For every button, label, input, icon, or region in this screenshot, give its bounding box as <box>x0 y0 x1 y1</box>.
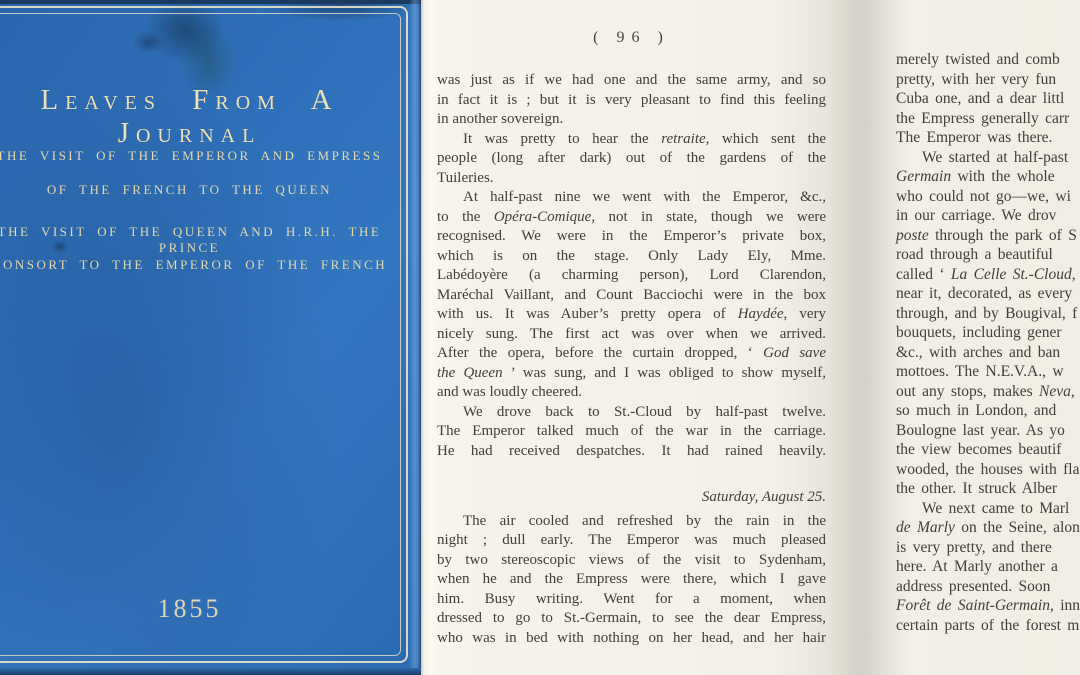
book-cover: Leaves From A Journal THE VISIT OF THE E… <box>0 0 421 675</box>
text-line: in another sovereign. <box>437 110 826 130</box>
page-number: ( 96 ) <box>437 28 826 47</box>
text-line: address presented. Soon <box>896 577 1080 597</box>
cover-text-block: Leaves From A Journal THE VISIT OF THE E… <box>0 0 409 675</box>
text-line: the Empress generally carr <box>896 109 1080 129</box>
text-line: the Queen ’ was sung, and I was obliged … <box>437 364 826 384</box>
text-line: Saturday, August 25. <box>437 488 826 508</box>
text-line: near it, decorated, as every <box>896 284 1080 304</box>
text-line: Tuileries. <box>437 169 826 189</box>
text-line: with us. It was Auber’s pretty opera of … <box>437 305 826 325</box>
cover-bottom-edge <box>0 668 421 675</box>
text-line: Boulogne last year. As yo <box>896 421 1080 441</box>
text-line: We drove back to St.-Cloud by half-past … <box>437 403 826 423</box>
left-page-text: was just as if we had one and the same a… <box>437 71 826 648</box>
text-line: H <box>896 636 1080 656</box>
text-line: pretty, with her very fun <box>896 70 1080 90</box>
text-line: It was pretty to hear the retraite, whic… <box>437 130 826 150</box>
text-line: poste through the park of S <box>896 226 1080 246</box>
text-line: The air cooled and refreshed by the rain… <box>437 512 826 532</box>
text-line: de Marly on the Seine, alon <box>896 518 1080 538</box>
cover-title: Leaves From A Journal <box>0 84 409 150</box>
cover-subtitle-line-4: CONSORT TO THE EMPEROR OF THE FRENCH <box>0 257 409 273</box>
cover-year: 1855 <box>0 594 409 624</box>
text-line: mottoes. The N.E.V.A., w <box>896 362 1080 382</box>
text-line: to the Opéra-Comique, not in state, thou… <box>437 208 826 228</box>
text-line: dressed to go to St.-Germain, to see the… <box>437 609 826 629</box>
text-line: when he and the Empress were there, whic… <box>437 570 826 590</box>
cover-subtitle-line-1: THE VISIT OF THE EMPEROR AND EMPRESS <box>0 148 409 164</box>
text-line: Germain with the whole <box>896 167 1080 187</box>
text-line: &c., with arches and ban <box>896 343 1080 363</box>
text-line: him. Busy writing. Went for a moment, wh… <box>437 590 826 610</box>
text-line: people (long after dark) out of the gard… <box>437 149 826 169</box>
text-line: here. At Marly another a <box>896 557 1080 577</box>
text-line: We next came to Marl <box>896 499 1080 519</box>
text-line: who could not go—we, wi <box>896 187 1080 207</box>
text-line: through, and by Bougival, f <box>896 304 1080 324</box>
text-line: nicely sung. The first act was over when… <box>437 325 826 345</box>
open-book-pages: ( 96 ) was just as if we had one and the… <box>421 0 1080 675</box>
book-photo-stage: Leaves From A Journal THE VISIT OF THE E… <box>0 0 1080 675</box>
text-line: After the opera, before the curtain drop… <box>437 344 826 364</box>
text-line: We started at half-past <box>896 148 1080 168</box>
cover-fore-edge <box>409 0 421 675</box>
text-line: the view becomes beautif <box>896 440 1080 460</box>
text-line: merely twisted and comb <box>896 50 1080 70</box>
text-line: The Emperor talked much of the war in th… <box>437 422 826 442</box>
text-line: Labédoyère (a charming person), Lord Cla… <box>437 266 826 286</box>
text-line: in our carriage. We drov <box>896 206 1080 226</box>
text-line: in fact it is ; but it is very pleasant … <box>437 91 826 111</box>
text-line: by two stereoscopic views of the visit t… <box>437 551 826 571</box>
text-line: The Emperor was there. <box>896 128 1080 148</box>
text-line: called ‘ La Celle St.-Cloud, <box>896 265 1080 285</box>
right-page: merely twisted and combpretty, with her … <box>896 50 1080 656</box>
text-line: night ; dull early. The Emperor was much… <box>437 531 826 551</box>
text-line: He had received despatches. It had raine… <box>437 442 826 462</box>
text-line: out any stops, makes Neva, <box>896 382 1080 402</box>
text-line: recognised. We were in the Emperor’s pri… <box>437 227 826 247</box>
text-line: Maréchal Vaillant, and Count Bacciochi w… <box>437 286 826 306</box>
text-line: Forêt de Saint-Germain, inn <box>896 596 1080 616</box>
text-line: wooded, the houses with fla <box>896 460 1080 480</box>
text-line: road through a beautiful <box>896 245 1080 265</box>
text-line: so much in London, and <box>896 401 1080 421</box>
text-line: which is on the stage. Only Lady Ely, Mm… <box>437 247 826 267</box>
cover-subtitle-line-2: OF THE FRENCH TO THE QUEEN <box>0 182 409 198</box>
text-line: Cuba one, and a dear littl <box>896 89 1080 109</box>
text-line: At half-past nine we went with the Emper… <box>437 188 826 208</box>
text-line: is very pretty, and there <box>896 538 1080 558</box>
left-page: ( 96 ) was just as if we had one and the… <box>437 28 826 648</box>
text-line: bouquets, including gener <box>896 323 1080 343</box>
text-line: and was loudly cheered. <box>437 383 826 403</box>
text-line: who was in bed with nothing on her head,… <box>437 629 826 649</box>
text-line: the other. It struck Alber <box>896 479 1080 499</box>
cover-subtitle-line-3: THE VISIT OF THE QUEEN AND H.R.H. THE PR… <box>0 224 409 256</box>
text-line: was just as if we had one and the same a… <box>437 71 826 91</box>
text-line: certain parts of the forest m <box>896 616 1080 636</box>
